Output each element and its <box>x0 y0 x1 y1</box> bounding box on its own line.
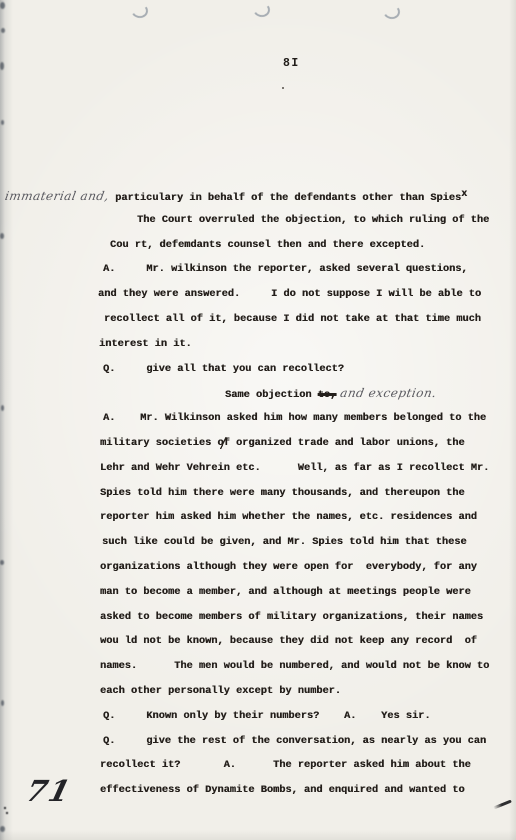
text-segment-typed: man to become a member, and although at … <box>100 586 471 598</box>
text-line: organizations although they were open fo… <box>0 555 516 580</box>
text-segment-struck: to, <box>318 389 337 401</box>
text-line: reporter him asked him whether the names… <box>0 505 516 530</box>
text-segment-typed: effectiveness of Dynamite Bombs, and enq… <box>100 784 465 796</box>
text-block: immaterial and, particulary in behalf of… <box>0 183 516 803</box>
text-line: Q. give all that you can recollect? <box>0 357 516 382</box>
text-segment-typed: wou ld not be known, because they did no… <box>100 635 477 647</box>
text-segment-typed: organized trade and labor unions, the <box>230 437 465 449</box>
text-line: each other personally except by number. <box>0 679 516 704</box>
text-segment-typed: recollect it? A. The reporter asked him … <box>100 759 471 771</box>
text-line: such like could be given, and Mr. Spies … <box>0 530 516 555</box>
text-line: Same objection to, and exception. <box>0 381 516 406</box>
text-segment-hand: immaterial and, <box>3 184 111 209</box>
page-edge <box>1 28 5 33</box>
text-segment-typed: recollect all of it, because I did not t… <box>104 313 481 325</box>
text-segment-typed: asked to become members of military orga… <box>100 611 483 623</box>
text-segment-hand: and exception. <box>334 381 439 406</box>
text-segment-typed: Q. give the rest of the conversation, as… <box>103 735 486 747</box>
text-line: The Court overruled the objection, to wh… <box>0 208 516 233</box>
text-line: recollect all of it, because I did not t… <box>0 307 516 332</box>
page-edge <box>0 826 5 832</box>
text-line: man to become a member, and although at … <box>0 580 516 605</box>
text-line: Q. Known only by their numbers? A. Yes s… <box>0 704 516 729</box>
page-edge <box>0 2 5 9</box>
scanned-document-page: { "page": { "number_label": "8I", "handw… <box>0 0 516 840</box>
text-line: military societies of organized trade an… <box>0 431 516 456</box>
text-line: Spies told him there were many thousands… <box>0 481 516 506</box>
text-line: Lehr and Wehr Vehrein etc. Well, as far … <box>0 456 516 481</box>
text-line: A. Mr. Wilkinson asked him how many memb… <box>0 406 516 431</box>
text-segment-typed: each other personally except by number. <box>100 685 341 697</box>
text-segment-typed: military societies <box>100 437 217 449</box>
text-segment-typed: such like could be given, and Mr. Spies … <box>102 536 467 548</box>
text-line: and they were answered. I do not suppose… <box>0 282 516 307</box>
ink-speck <box>282 87 284 89</box>
text-segment-typed: Same objection <box>225 389 318 401</box>
page-edge <box>0 62 4 70</box>
text-segment-typed: Q. give all that you can recollect? <box>103 363 344 375</box>
text-segment-typed: Lehr and Wehr Vehrein etc. Well, as far … <box>100 462 489 474</box>
text-line: effectiveness of Dynamite Bombs, and enq… <box>0 778 516 803</box>
text-segment-typed: A. Mr. Wilkinson asked him how many memb… <box>103 412 486 424</box>
text-line: asked to become members of military orga… <box>0 605 516 630</box>
text-segment-typed: names. The men would be numbered, and wo… <box>100 660 489 672</box>
text-line: immaterial and, particulary in behalf of… <box>0 183 516 208</box>
text-segment-typed: and they were answered. I do not suppose… <box>98 288 481 300</box>
text-line: Q. give the rest of the conversation, as… <box>0 729 516 754</box>
text-segment-typed: reporter him asked him whether the names… <box>100 511 477 523</box>
page-edge <box>1 120 4 125</box>
text-segment-typed: A. Mr. wilkinson the reporter, asked sev… <box>103 263 468 275</box>
text-segment-typed: The Court overruled the objection, to wh… <box>137 214 489 226</box>
text-line: names. The men would be numbered, and wo… <box>0 654 516 679</box>
text-segment-slashed: of <box>217 437 229 449</box>
text-line: recollect it? A. The reporter asked him … <box>0 753 516 778</box>
edge-scribble-mark <box>2 805 10 816</box>
text-segment-typed: Spies told him there were many thousands… <box>100 487 465 499</box>
text-segment-typed: interest in it. <box>99 338 192 350</box>
text-segment-typed: Q. Known only by their numbers? A. Yes s… <box>103 710 431 722</box>
text-segment-typed: organizations although they were open fo… <box>100 561 477 573</box>
text-line: A. Mr. wilkinson the reporter, asked sev… <box>0 257 516 282</box>
text-line: Cou rt, defemdants counsel then and ther… <box>0 233 516 258</box>
text-segment-sup: x <box>461 189 467 200</box>
text-segment-typed: particulary in behalf of the defendants … <box>109 192 461 204</box>
text-segment-typed: Cou rt, defemdants counsel then and ther… <box>110 239 425 251</box>
text-line: interest in it. <box>0 332 516 357</box>
handwritten-sheet-number: 71 <box>23 774 76 808</box>
text-line: wou ld not be known, because they did no… <box>0 629 516 654</box>
page-number: 8I <box>283 57 300 70</box>
